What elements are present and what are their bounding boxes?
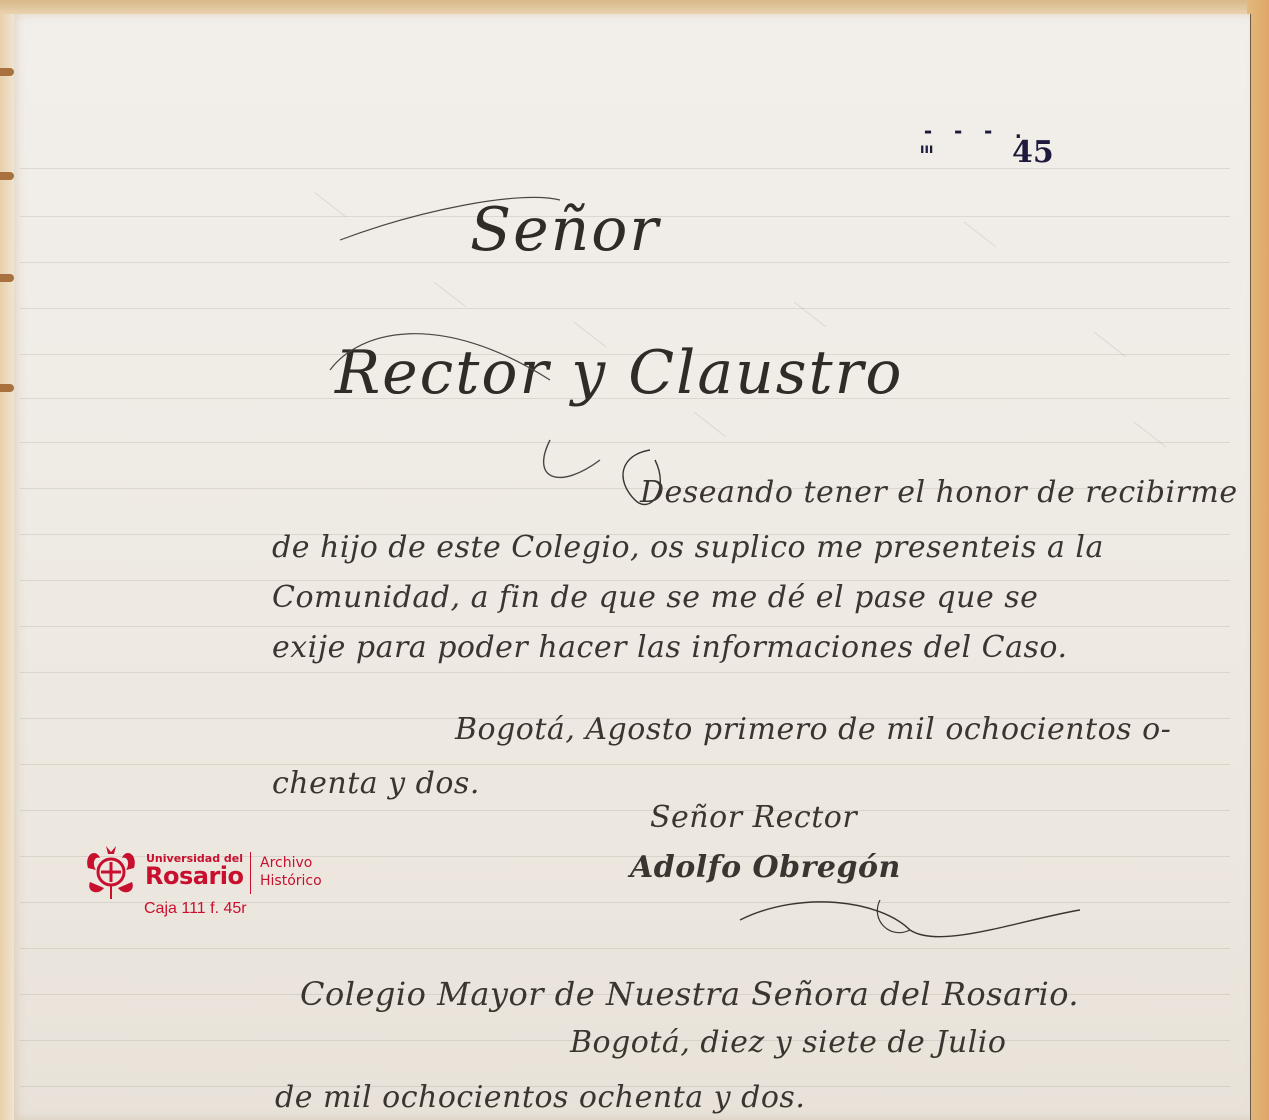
signature-flourish-icon: [720, 880, 1100, 960]
initial-d-flourish-icon: [600, 440, 680, 520]
body-line-5: Bogotá, Agosto primero de mil ochociento…: [455, 712, 1171, 747]
body-line-6: chenta y dos.: [272, 766, 480, 801]
ruled-line: [20, 672, 1230, 673]
ink-bleed-mark: [964, 222, 996, 247]
body-line-2: de hijo de este Colegio, os suplico me p…: [272, 530, 1104, 565]
university-crest-icon: [82, 842, 140, 900]
department-line2: Histórico: [260, 872, 322, 890]
binding-hole: [0, 274, 14, 282]
binding-hole: [0, 172, 14, 180]
scan-top-edge: [0, 0, 1269, 14]
annotation-line-1: Colegio Mayor de Nuestra Señora del Rosa…: [300, 975, 1079, 1013]
folio-number: 45: [1012, 135, 1054, 170]
body-line-4: exije para poder hacer las informaciones…: [272, 630, 1067, 665]
annotation-line-3: de mil ochocientos ochenta y dos.: [275, 1080, 805, 1115]
binding-hole: [0, 68, 14, 76]
ink-bleed-mark: [1134, 422, 1166, 447]
ruled-line: [20, 626, 1230, 627]
ruled-line: [20, 764, 1230, 765]
department-line1: Archivo: [260, 854, 322, 872]
ruled-line: [20, 810, 1230, 811]
binding-hole: [0, 384, 14, 392]
annotation-line-2: Bogotá, diez y siete de Julio: [570, 1025, 1006, 1060]
stamp-mark: ııı: [920, 142, 933, 157]
body-line-3: Comunidad, a fin de que se me dé el pase…: [272, 580, 1038, 615]
calligraphy-flourish-icon: [300, 180, 800, 500]
archive-logo: Universidad del Rosario Archivo Históric…: [82, 842, 342, 932]
logo-divider: [250, 852, 251, 894]
institution-name-line2: Rosario: [145, 862, 244, 890]
department-name: Archivo Histórico: [260, 854, 322, 890]
closing-senor-rector: Señor Rector: [650, 800, 857, 835]
archive-reference: Caja 111 f. 45r: [144, 900, 247, 918]
